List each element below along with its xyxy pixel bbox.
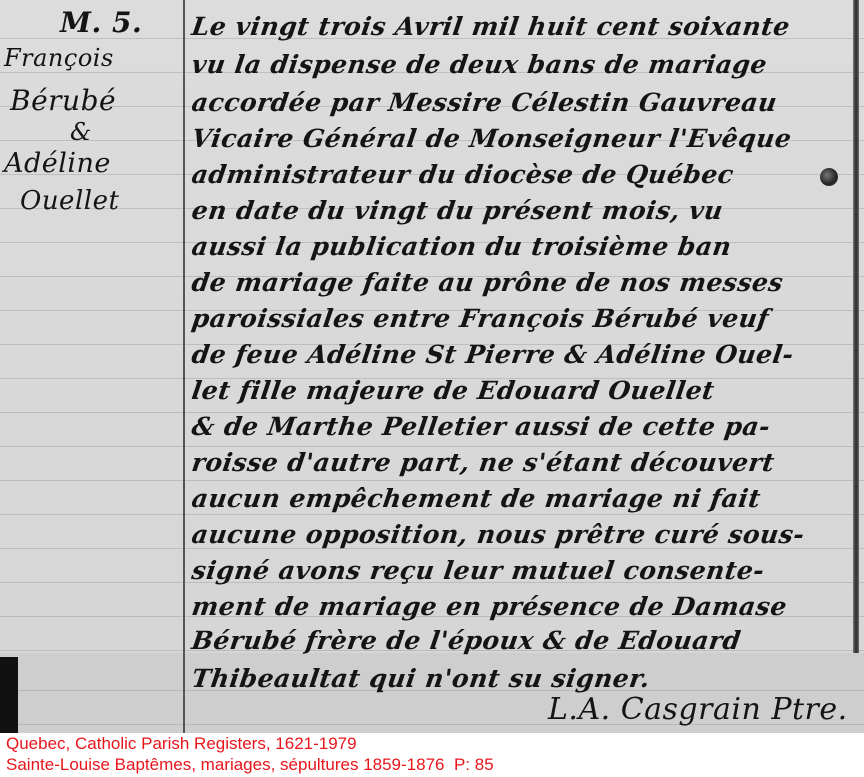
bride-first-name: Adéline: [4, 148, 111, 179]
entry-line-11: let fille majeure de Edouard Ouellet: [190, 376, 716, 405]
margin-conjunction: &: [70, 118, 92, 146]
priest-signature: L.A. Casgrain Ptre.: [548, 692, 848, 727]
entry-number: M. 5.: [60, 6, 142, 39]
collection-caption: Quebec, Catholic Parish Registers, 1621-…: [6, 734, 357, 754]
groom-first-name: François: [4, 44, 114, 72]
entry-line-3: accordée par Messire Célestin Gauvreau: [190, 88, 779, 117]
entry-line-16: signé avons reçu leur mutuel consente-: [190, 556, 766, 585]
ruled-line: [0, 446, 864, 447]
entry-line-12: & de Marthe Pelletier aussi de cette pa-: [190, 412, 772, 441]
entry-line-5: administrateur du diocèse de Québec: [190, 160, 736, 189]
entry-line-14: aucun empêchement de mariage ni fait: [190, 484, 763, 513]
volume-caption: Sainte-Louise Baptêmes, mariages, sépult…: [6, 755, 494, 775]
entry-line-10: de feue Adéline St Pierre & Adéline Ouel…: [190, 340, 796, 369]
entry-line-1: Le vingt trois Avril mil huit cent soixa…: [190, 12, 792, 41]
entry-line-2: vu la dispense de deux bans de mariage: [190, 50, 769, 79]
ink-blot: [820, 168, 838, 186]
ruled-line: [0, 480, 864, 481]
entry-line-8: de mariage faite au prône de nos messes: [190, 268, 785, 297]
entry-line-13: roisse d'autre part, ne s'étant découver…: [190, 448, 777, 477]
margin-rule: [183, 0, 185, 733]
register-scan: M. 5. François Bérubé & Adéline Ouellet …: [0, 0, 864, 733]
entry-line-18: Bérubé frère de l'époux & de Edouard: [190, 626, 743, 655]
page-binding-edge: [853, 0, 859, 653]
bride-last-name: Ouellet: [20, 186, 119, 216]
scan-border-artifact: [0, 657, 18, 733]
volume-title: Sainte-Louise Baptêmes, mariages, sépult…: [6, 755, 445, 774]
entry-line-15: aucune opposition, nous prêtre curé sous…: [190, 520, 807, 549]
entry-line-7: aussi la publication du troisième ban: [190, 232, 734, 261]
entry-line-19: Thibeaultat qui n'ont su signer.: [190, 664, 652, 693]
entry-line-17: ment de mariage en présence de Damase: [190, 592, 789, 621]
ruled-line: [0, 514, 864, 515]
entry-line-6: en date du vingt du présent mois, vu: [190, 196, 725, 225]
entry-line-9: paroissiales entre François Bérubé veuf: [190, 304, 771, 333]
groom-last-name: Bérubé: [10, 84, 116, 117]
page-number: P: 85: [454, 755, 494, 774]
entry-line-4: Vicaire Général de Monseigneur l'Evêque: [190, 124, 794, 153]
